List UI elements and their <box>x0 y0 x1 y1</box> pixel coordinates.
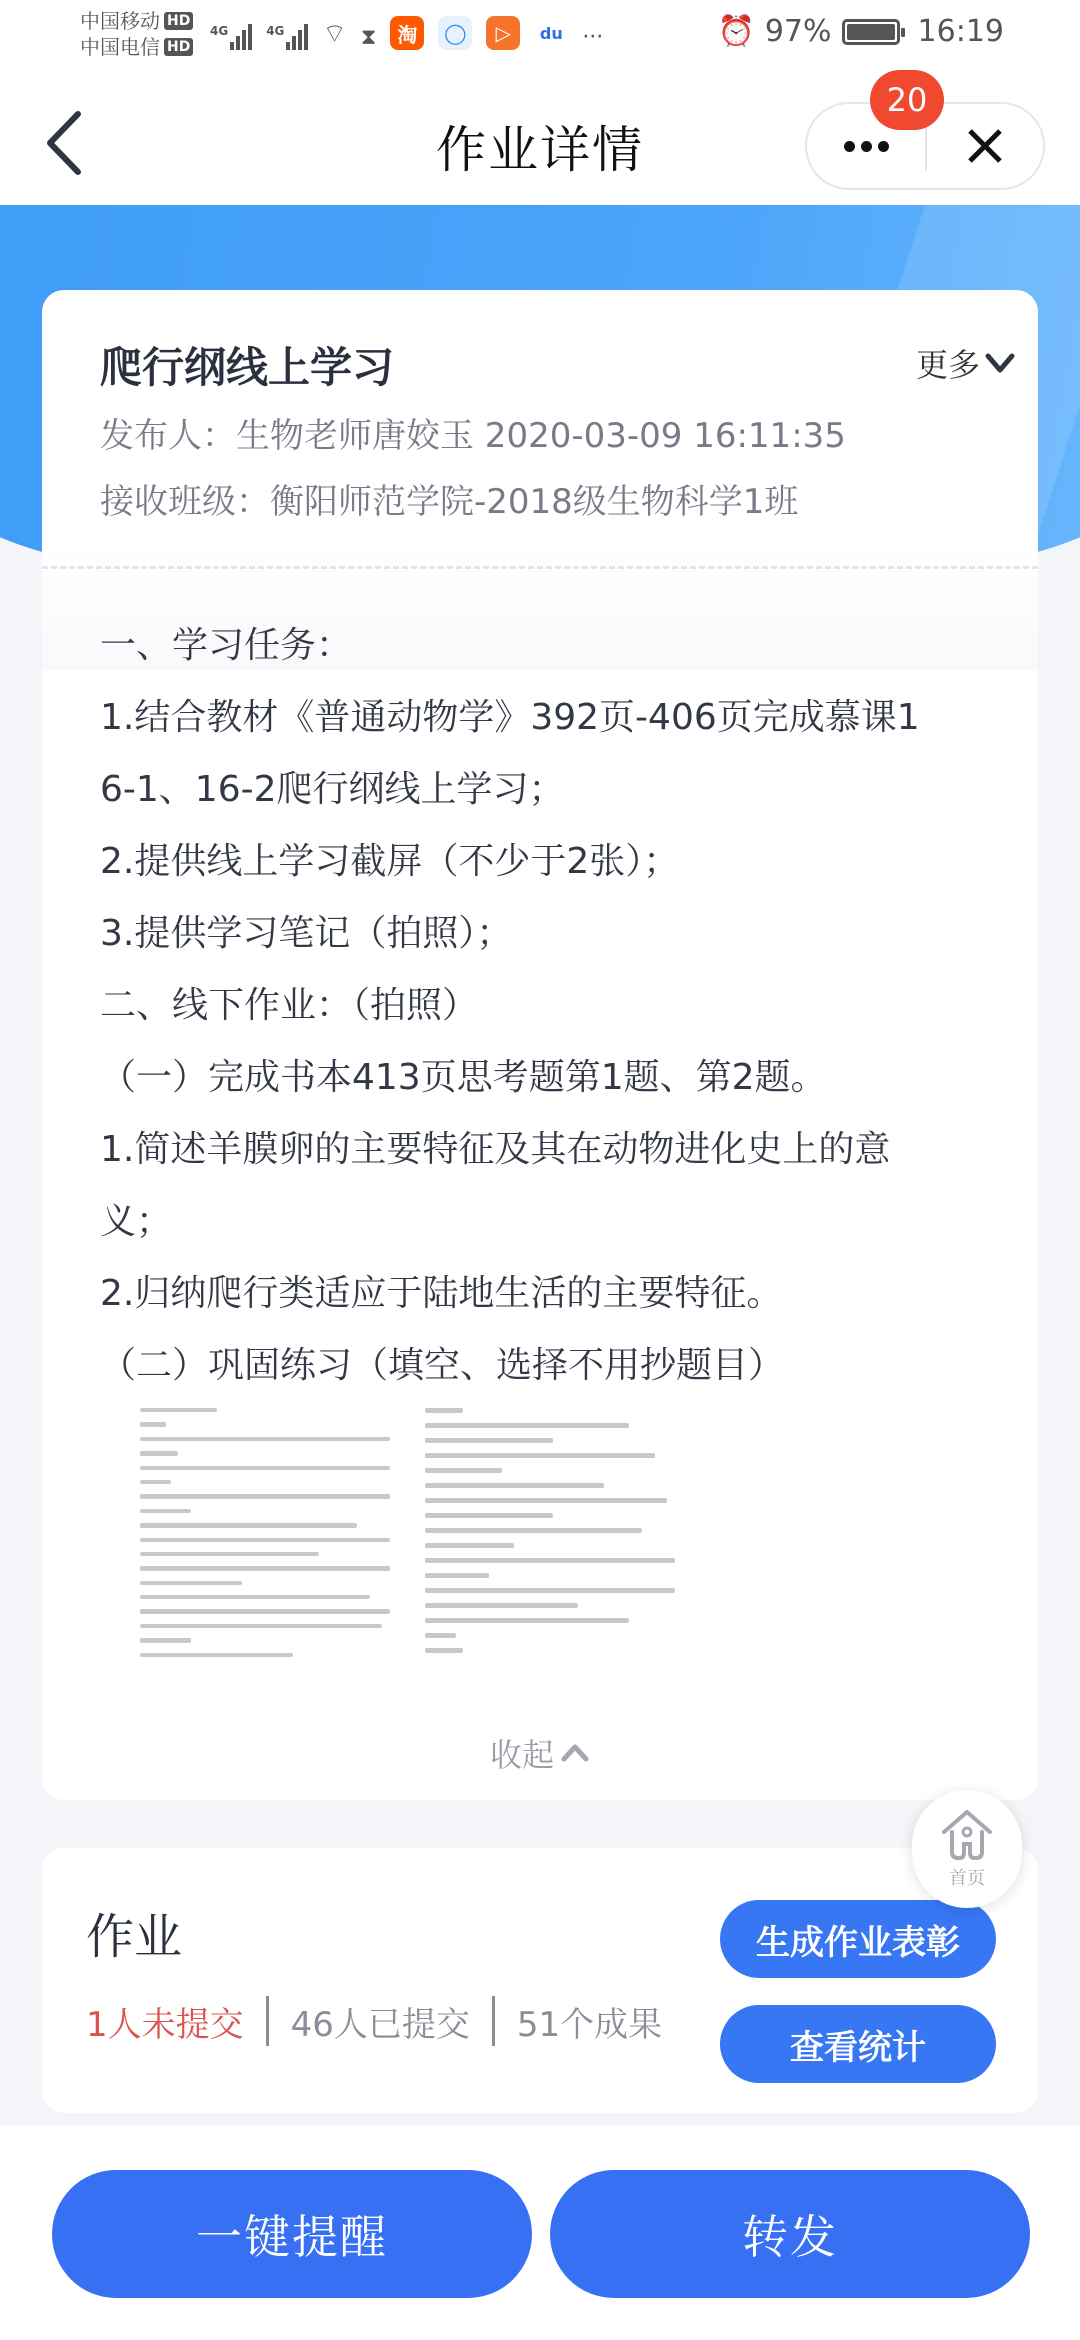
chevron-down-icon <box>984 351 1016 375</box>
close-button[interactable] <box>927 126 1043 166</box>
content-line: 2.提供线上学习截屏（不少于2张）； <box>100 826 1000 898</box>
content-line: 二、线下作业：（拍照） <box>100 970 1000 1042</box>
assignment-title: 爬行纲线上学习 <box>100 335 394 395</box>
submission-stats: 1人未提交 46人已提交 51个成果 <box>86 1996 662 2046</box>
battery-icon <box>842 19 900 45</box>
dot-icon <box>878 141 889 152</box>
signal-icon: 4G <box>266 24 308 50</box>
homework-title: 作业 <box>86 1898 182 1967</box>
content-line: 义； <box>100 1186 1000 1258</box>
more-notifications-icon: ··· <box>582 25 603 50</box>
stat-divider <box>266 1996 269 2046</box>
home-label: 首页 <box>949 1864 985 1890</box>
battery-percent: 97% <box>765 14 832 49</box>
dot-icon <box>861 141 872 152</box>
content-line: （二）巩固练习（填空、选择不用抄题目） <box>100 1330 1000 1402</box>
close-icon <box>965 126 1005 166</box>
assignment-card: 爬行纲线上学习 更多 发布人：生物老师唐姣玉 2020-03-09 16:11:… <box>42 290 1038 1800</box>
content-line: 一、学习任务： <box>100 610 1000 682</box>
worksheet-image[interactable] <box>130 1400 690 1665</box>
baidu-icon: du <box>534 16 568 50</box>
carrier-info: 中国移动 HD 中国电信 HD <box>80 8 193 60</box>
forward-button[interactable]: 转发 <box>550 2170 1030 2298</box>
dashed-divider <box>42 566 1038 569</box>
view-stats-button[interactable]: 查看统计 <box>720 2005 996 2083</box>
chevron-up-icon <box>560 1742 590 1764</box>
clock: 16:19 <box>918 14 1004 49</box>
not-submitted-count[interactable]: 1人未提交 <box>86 1997 244 2046</box>
content-line: 2.归纳爬行类适应于陆地生活的主要特征。 <box>100 1258 1000 1330</box>
homework-summary-card: 作业 1人未提交 46人已提交 51个成果 生成作业表彰 查看统计 <box>42 1848 1038 2113</box>
stat-divider <box>492 1996 495 2046</box>
hd-badge: HD <box>164 12 193 30</box>
collapse-label: 收起 <box>490 1730 554 1776</box>
qq-browser-icon: ◯ <box>438 16 472 50</box>
receiver-class: 接收班级：衡阳师范学院-2018级生物科学1班 <box>100 474 798 523</box>
home-float-button[interactable]: 首页 <box>912 1790 1022 1908</box>
more-menu-button[interactable] <box>807 141 925 152</box>
alarm-icon: ⏰ <box>717 14 754 49</box>
generate-praise-button[interactable]: 生成作业表彰 <box>720 1900 996 1978</box>
content-line: 1.简述羊膜卵的主要特征及其在动物进化史上的意 <box>100 1114 1000 1186</box>
carrier-1: 中国移动 <box>80 8 160 34</box>
publisher-info: 发布人：生物老师唐姣玉 2020-03-09 16:11:35 <box>100 408 846 457</box>
hourglass-icon: ⧗ <box>361 25 376 50</box>
taobao-icon: 淘 <box>390 16 424 50</box>
hd-badge: HD <box>164 38 193 56</box>
wifi-icon: ⌔ <box>322 17 346 50</box>
signal-icons: 4G 4G ⌔ ⧗ 淘 ◯ ▷ du ··· <box>210 16 603 50</box>
results-count[interactable]: 51个成果 <box>517 1997 662 2046</box>
content-line: 3.提供学习笔记（拍照）； <box>100 898 1000 970</box>
submitted-count[interactable]: 46人已提交 <box>291 1997 470 2046</box>
content-line: 1.结合教材《普通动物学》392页-406页完成慕课1 <box>100 682 1000 754</box>
status-right: ⏰ 97% 16:19 <box>717 14 1004 49</box>
more-toggle[interactable]: 更多 <box>916 340 1016 386</box>
notification-badge: 20 <box>870 70 944 130</box>
home-icon <box>940 1808 994 1862</box>
video-app-icon: ▷ <box>486 16 520 50</box>
one-click-remind-button[interactable]: 一键提醒 <box>52 2170 532 2298</box>
dot-icon <box>844 141 855 152</box>
worksheet-left-column <box>140 1408 395 1657</box>
more-label: 更多 <box>916 340 980 386</box>
content-line: 6-1、16-2爬行纲线上学习； <box>100 754 1000 826</box>
assignment-content: 一、学习任务： 1.结合教材《普通动物学》392页-406页完成慕课1 6-1、… <box>100 610 1000 1402</box>
collapse-toggle[interactable]: 收起 <box>42 1730 1038 1776</box>
carrier-2: 中国电信 <box>80 34 160 60</box>
signal-icon: 4G <box>210 24 252 50</box>
content-line: （一）完成书本413页思考题第1题、第2题。 <box>100 1042 1000 1114</box>
worksheet-right-column <box>425 1408 680 1657</box>
status-bar: 中国移动 HD 中国电信 HD 4G 4G ⌔ ⧗ 淘 ◯ ▷ du ··· ⏰… <box>0 0 1080 80</box>
